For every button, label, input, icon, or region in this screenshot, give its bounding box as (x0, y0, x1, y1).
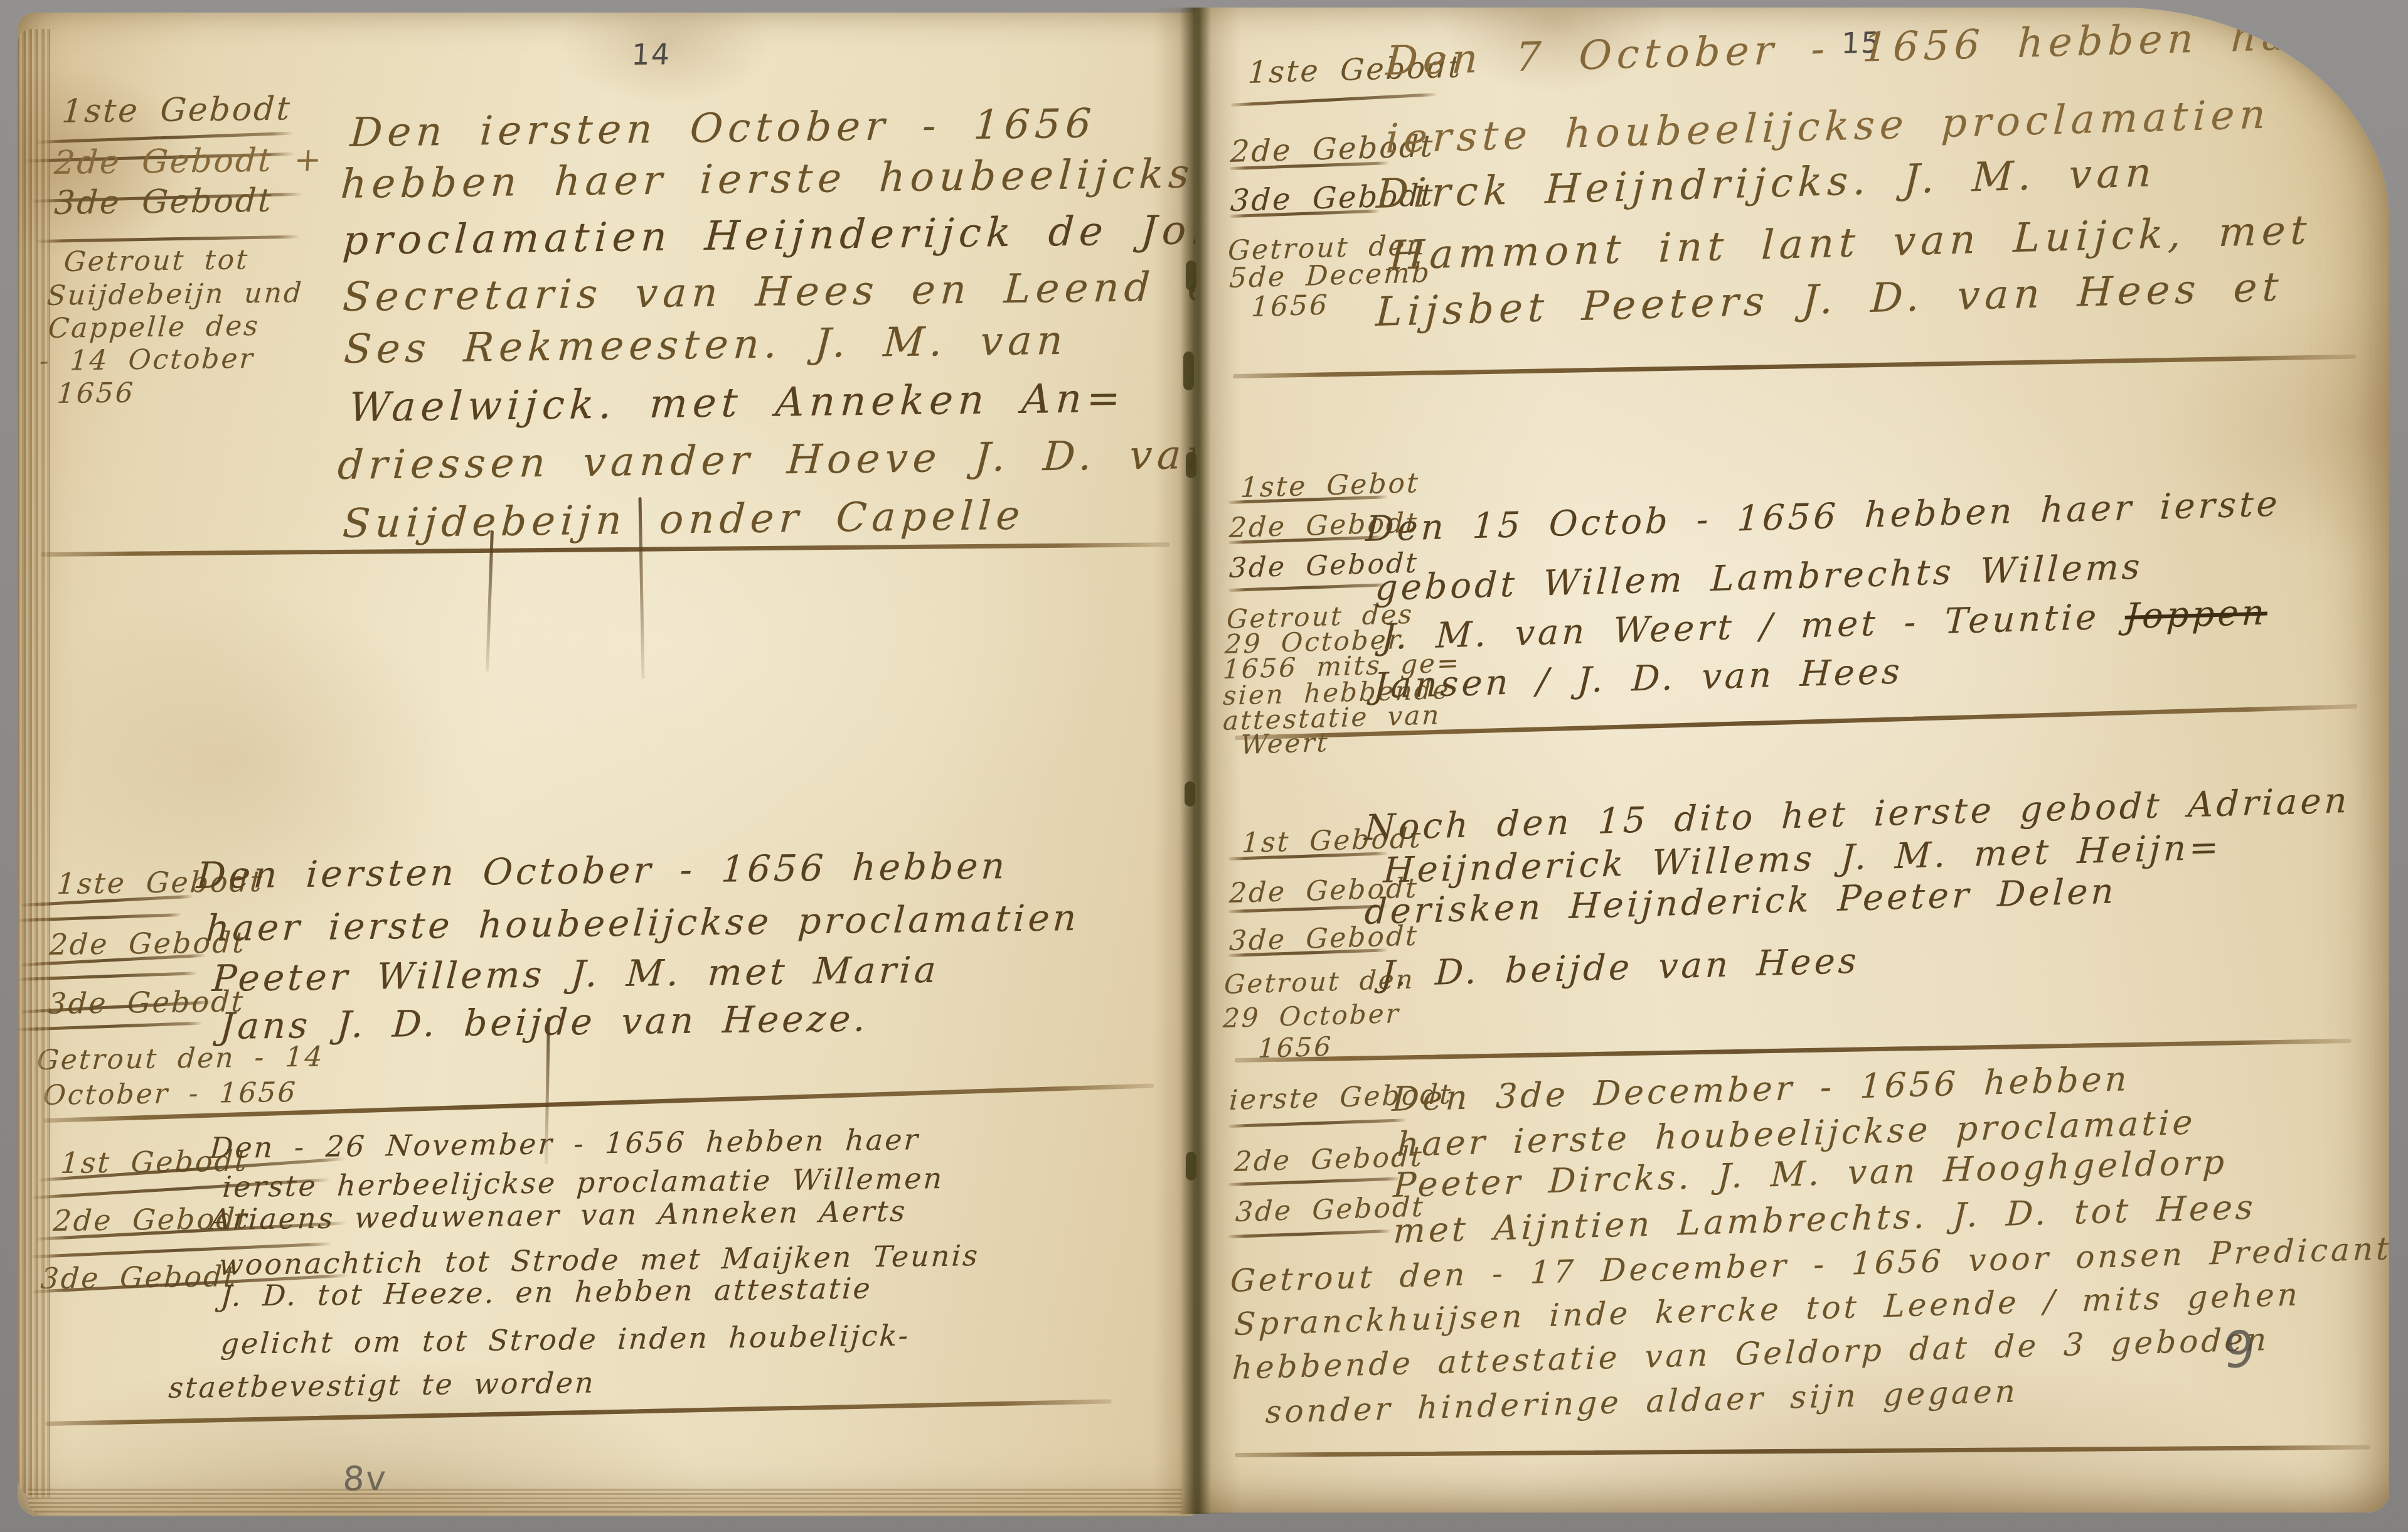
marriage-note-line: Getrout den - 14 (36, 1043, 324, 1074)
manuscript-photo: 14 1ste Gebodt 2de Gebodt + 3de Gebodt G… (0, 0, 2408, 1532)
margin-underline (1231, 93, 1438, 107)
struck-word: Joppen (2124, 592, 2268, 637)
marriage-note-line: 1656 (1250, 292, 1329, 322)
entry-line: driessen vander Hoeve J. D. van (336, 435, 1195, 486)
entry-line: Hammont int lant van Luijck, met (1388, 210, 2312, 276)
binding-stitch (1186, 452, 1196, 478)
margin-underline (36, 235, 300, 243)
marriage-note-line: Getrout tot (63, 246, 250, 276)
entry-separator (1233, 355, 2356, 378)
banns-label: 1ste Gebodt (61, 93, 292, 129)
foliation-pencil-note: 9 (2222, 1325, 2257, 1376)
entry-footer-line: sonder hinderinge aldaer sijn gegaen (1265, 1375, 2019, 1428)
entry-line: J. D. tot Heeze. en hebben attestatie (220, 1273, 873, 1310)
entry-separator (41, 542, 1170, 557)
binding-stitch (1186, 260, 1196, 291)
entry-line: Ses Rekmeesten. J. M. van (343, 321, 1068, 370)
marriage-note-line: October - 1656 (42, 1079, 297, 1110)
entry-line: staetbevestigt te worden (168, 1368, 596, 1402)
entry-line: Suijdebeijn onder Capelle (341, 496, 1026, 544)
marriage-note-line: Suijdebeijn und (46, 279, 304, 310)
entry-line: Lijsbet Peeters J. D. van Hees et (1375, 267, 2284, 333)
margin-underline (1228, 583, 1388, 592)
entry-line: gebodt Willem Lambrechts Willems (1375, 550, 2144, 606)
entry-line: Secretaris van Hees en Leend en (341, 266, 1195, 318)
entry-line: Peeter Willems J. M. met Maria (211, 951, 940, 997)
margin-underline (1228, 1118, 1407, 1128)
page-number: 14 (631, 40, 671, 69)
banns-label: 2de Gebodt + (53, 144, 324, 179)
book-gutter (1153, 8, 1241, 1514)
entry-line: J. D. beijde van Hees (1380, 944, 1860, 992)
book-edge-stack-bottom (28, 1489, 1182, 1515)
banns-label: 3de Gebodt (53, 185, 274, 220)
entry-line: proclamatien Heijnderijck de Jonge (341, 210, 1195, 261)
margin-underline (1228, 1177, 1401, 1186)
entry-line: Den 15 Octob - 1656 hebben haer ierste (1365, 486, 2281, 547)
marriage-note-line: 29 October (1222, 1000, 1400, 1032)
entry-line: hebben haer ierste houbeelijckse (339, 154, 1195, 205)
entry-separator (1235, 1445, 2370, 1457)
margin-underline (1228, 1229, 1392, 1238)
entry-line: Jans J. D. beijde van Heeze. (219, 1000, 870, 1044)
marriage-note-line: Cappelle des (47, 313, 260, 343)
entry-separator (1235, 1039, 2352, 1063)
binding-stitch (1185, 781, 1195, 806)
entry-line: Den iersten October - 1656 (349, 104, 1097, 153)
entry-line: Den iersten October - 1656 hebben (196, 847, 1009, 894)
entry-line: Waelwijck. met Anneken An= (348, 378, 1126, 428)
page-right: 15 1ste Gebodt 2de Gebodt 3de Gebodt Get… (1195, 8, 2389, 1513)
book-edge-stack-left (18, 29, 50, 1497)
marriage-note-line: - 14 October (38, 345, 255, 375)
entry-line: Ariaens weduwenaer van Anneken Aerts (209, 1196, 907, 1234)
page-left: 14 1ste Gebodt 2de Gebodt + 3de Gebodt G… (18, 13, 1195, 1516)
marriage-note-line: 1656 (56, 379, 136, 408)
entry-line: Dirck Heijndrijcks. J. M. van (1375, 153, 2157, 215)
entry-line: Den 7 October - 1656 hebben haer (1385, 14, 2345, 82)
entry-line: gelicht om tot Strode inden houbelijck- (220, 1321, 910, 1358)
binding-stitch (1183, 351, 1194, 390)
binding-stitch (1186, 1152, 1196, 1181)
entry-line: haer ierste houbeelijckse proclamatien (205, 899, 1080, 946)
entry-line: Den - 26 November - 1656 hebben haer (209, 1125, 920, 1162)
